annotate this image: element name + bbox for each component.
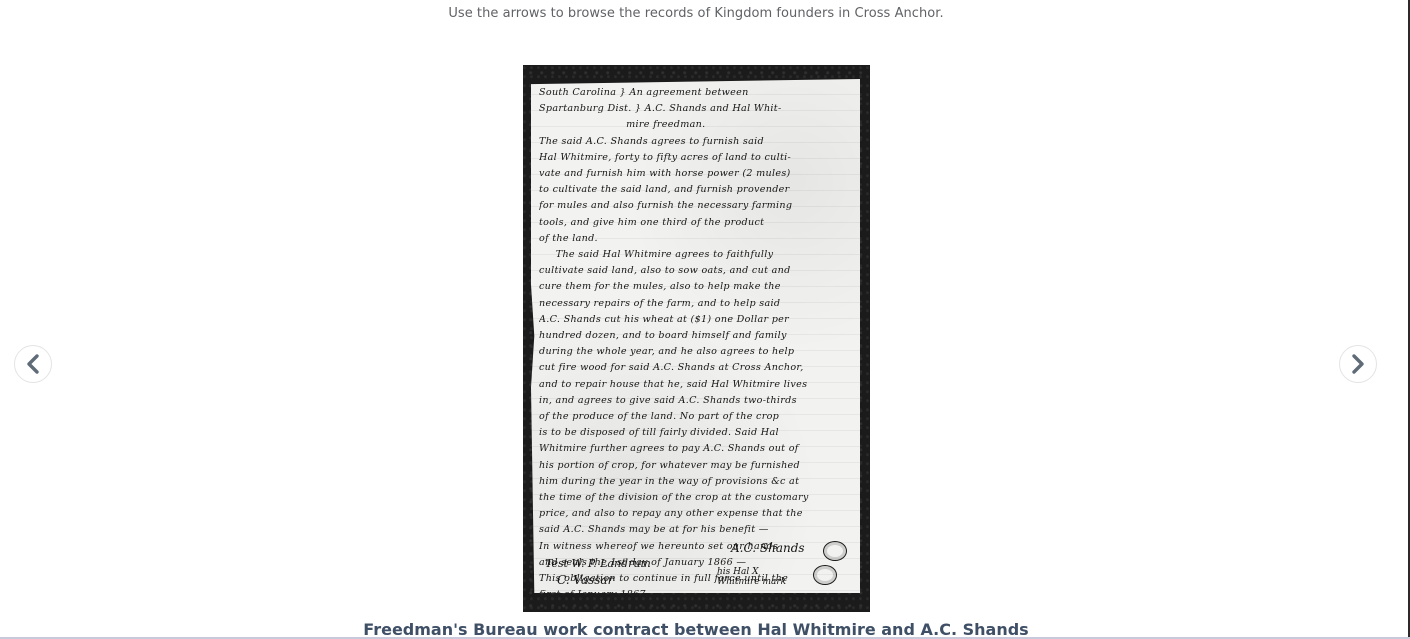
document-line: him during the year in the way of provis… bbox=[539, 474, 854, 490]
document-line: necessary repairs of the farm, and to he… bbox=[539, 296, 854, 312]
image-caption: Freedman's Bureau work contract between … bbox=[0, 620, 1392, 639]
seal-icon bbox=[813, 565, 837, 585]
signature: A.C. Shands bbox=[731, 541, 805, 555]
witness-signature: Test W. P. Landrum bbox=[545, 557, 651, 570]
document-line: said A.C. Shands may be at for his benef… bbox=[539, 522, 854, 538]
document-paper: South Carolina } An agreement between Sp… bbox=[531, 79, 860, 593]
document-line: vate and furnish him with horse power (2… bbox=[539, 166, 854, 182]
document-line: price, and also to repay any other expen… bbox=[539, 506, 854, 522]
document-line: Spartanburg Dist. } A.C. Shands and Hal … bbox=[539, 101, 854, 117]
document-line: of the produce of the land. No part of t… bbox=[539, 409, 854, 425]
document-line: the time of the division of the crop at … bbox=[539, 490, 854, 506]
previous-button[interactable] bbox=[14, 345, 52, 383]
document-line: Hal Whitmire, forty to fifty acres of la… bbox=[539, 150, 854, 166]
witness-signature: C. Vassar bbox=[557, 573, 613, 587]
document-line: during the whole year, and he also agree… bbox=[539, 344, 854, 360]
chevron-left-icon bbox=[25, 353, 41, 375]
document-line: A.C. Shands cut his wheat at ($1) one Do… bbox=[539, 312, 854, 328]
document-line: of the land. bbox=[539, 231, 854, 247]
gallery-instructions: Use the arrows to browse the records of … bbox=[0, 6, 1392, 21]
document-image: South Carolina } An agreement between Sp… bbox=[523, 65, 870, 612]
document-line: cultivate said land, also to sow oats, a… bbox=[539, 263, 854, 279]
document-line: for mules and also furnish the necessary… bbox=[539, 198, 854, 214]
next-button[interactable] bbox=[1339, 345, 1377, 383]
document-line: to cultivate the said land, and furnish … bbox=[539, 182, 854, 198]
document-line: and to repair house that he, said Hal Wh… bbox=[539, 377, 854, 393]
document-line: South Carolina } An agreement between bbox=[539, 85, 854, 101]
signature: his Hal X Whitmire mark bbox=[717, 567, 797, 587]
document-line: In witness whereof we hereunto set our h… bbox=[539, 539, 854, 555]
document-line: cure them for the mules, also to help ma… bbox=[539, 279, 854, 295]
document-line: The said Hal Whitmire agrees to faithful… bbox=[539, 247, 854, 263]
document-text: South Carolina } An agreement between Sp… bbox=[539, 85, 854, 593]
chevron-right-icon bbox=[1350, 353, 1366, 375]
document-line: Whitmire further agrees to pay A.C. Shan… bbox=[539, 441, 854, 457]
document-line: tools, and give him one third of the pro… bbox=[539, 215, 854, 231]
document-line: is to be disposed of till fairly divided… bbox=[539, 425, 854, 441]
document-line: mire freedman. bbox=[539, 117, 854, 133]
document-line: first of January 1867 bbox=[539, 587, 854, 593]
document-line: The said A.C. Shands agrees to furnish s… bbox=[539, 134, 854, 150]
document-line: in, and agrees to give said A.C. Shands … bbox=[539, 393, 854, 409]
document-line: his portion of crop, for whatever may be… bbox=[539, 458, 854, 474]
document-line: cut fire wood for said A.C. Shands at Cr… bbox=[539, 360, 854, 376]
document-line: hundred dozen, and to board himself and … bbox=[539, 328, 854, 344]
seal-icon bbox=[823, 541, 847, 561]
